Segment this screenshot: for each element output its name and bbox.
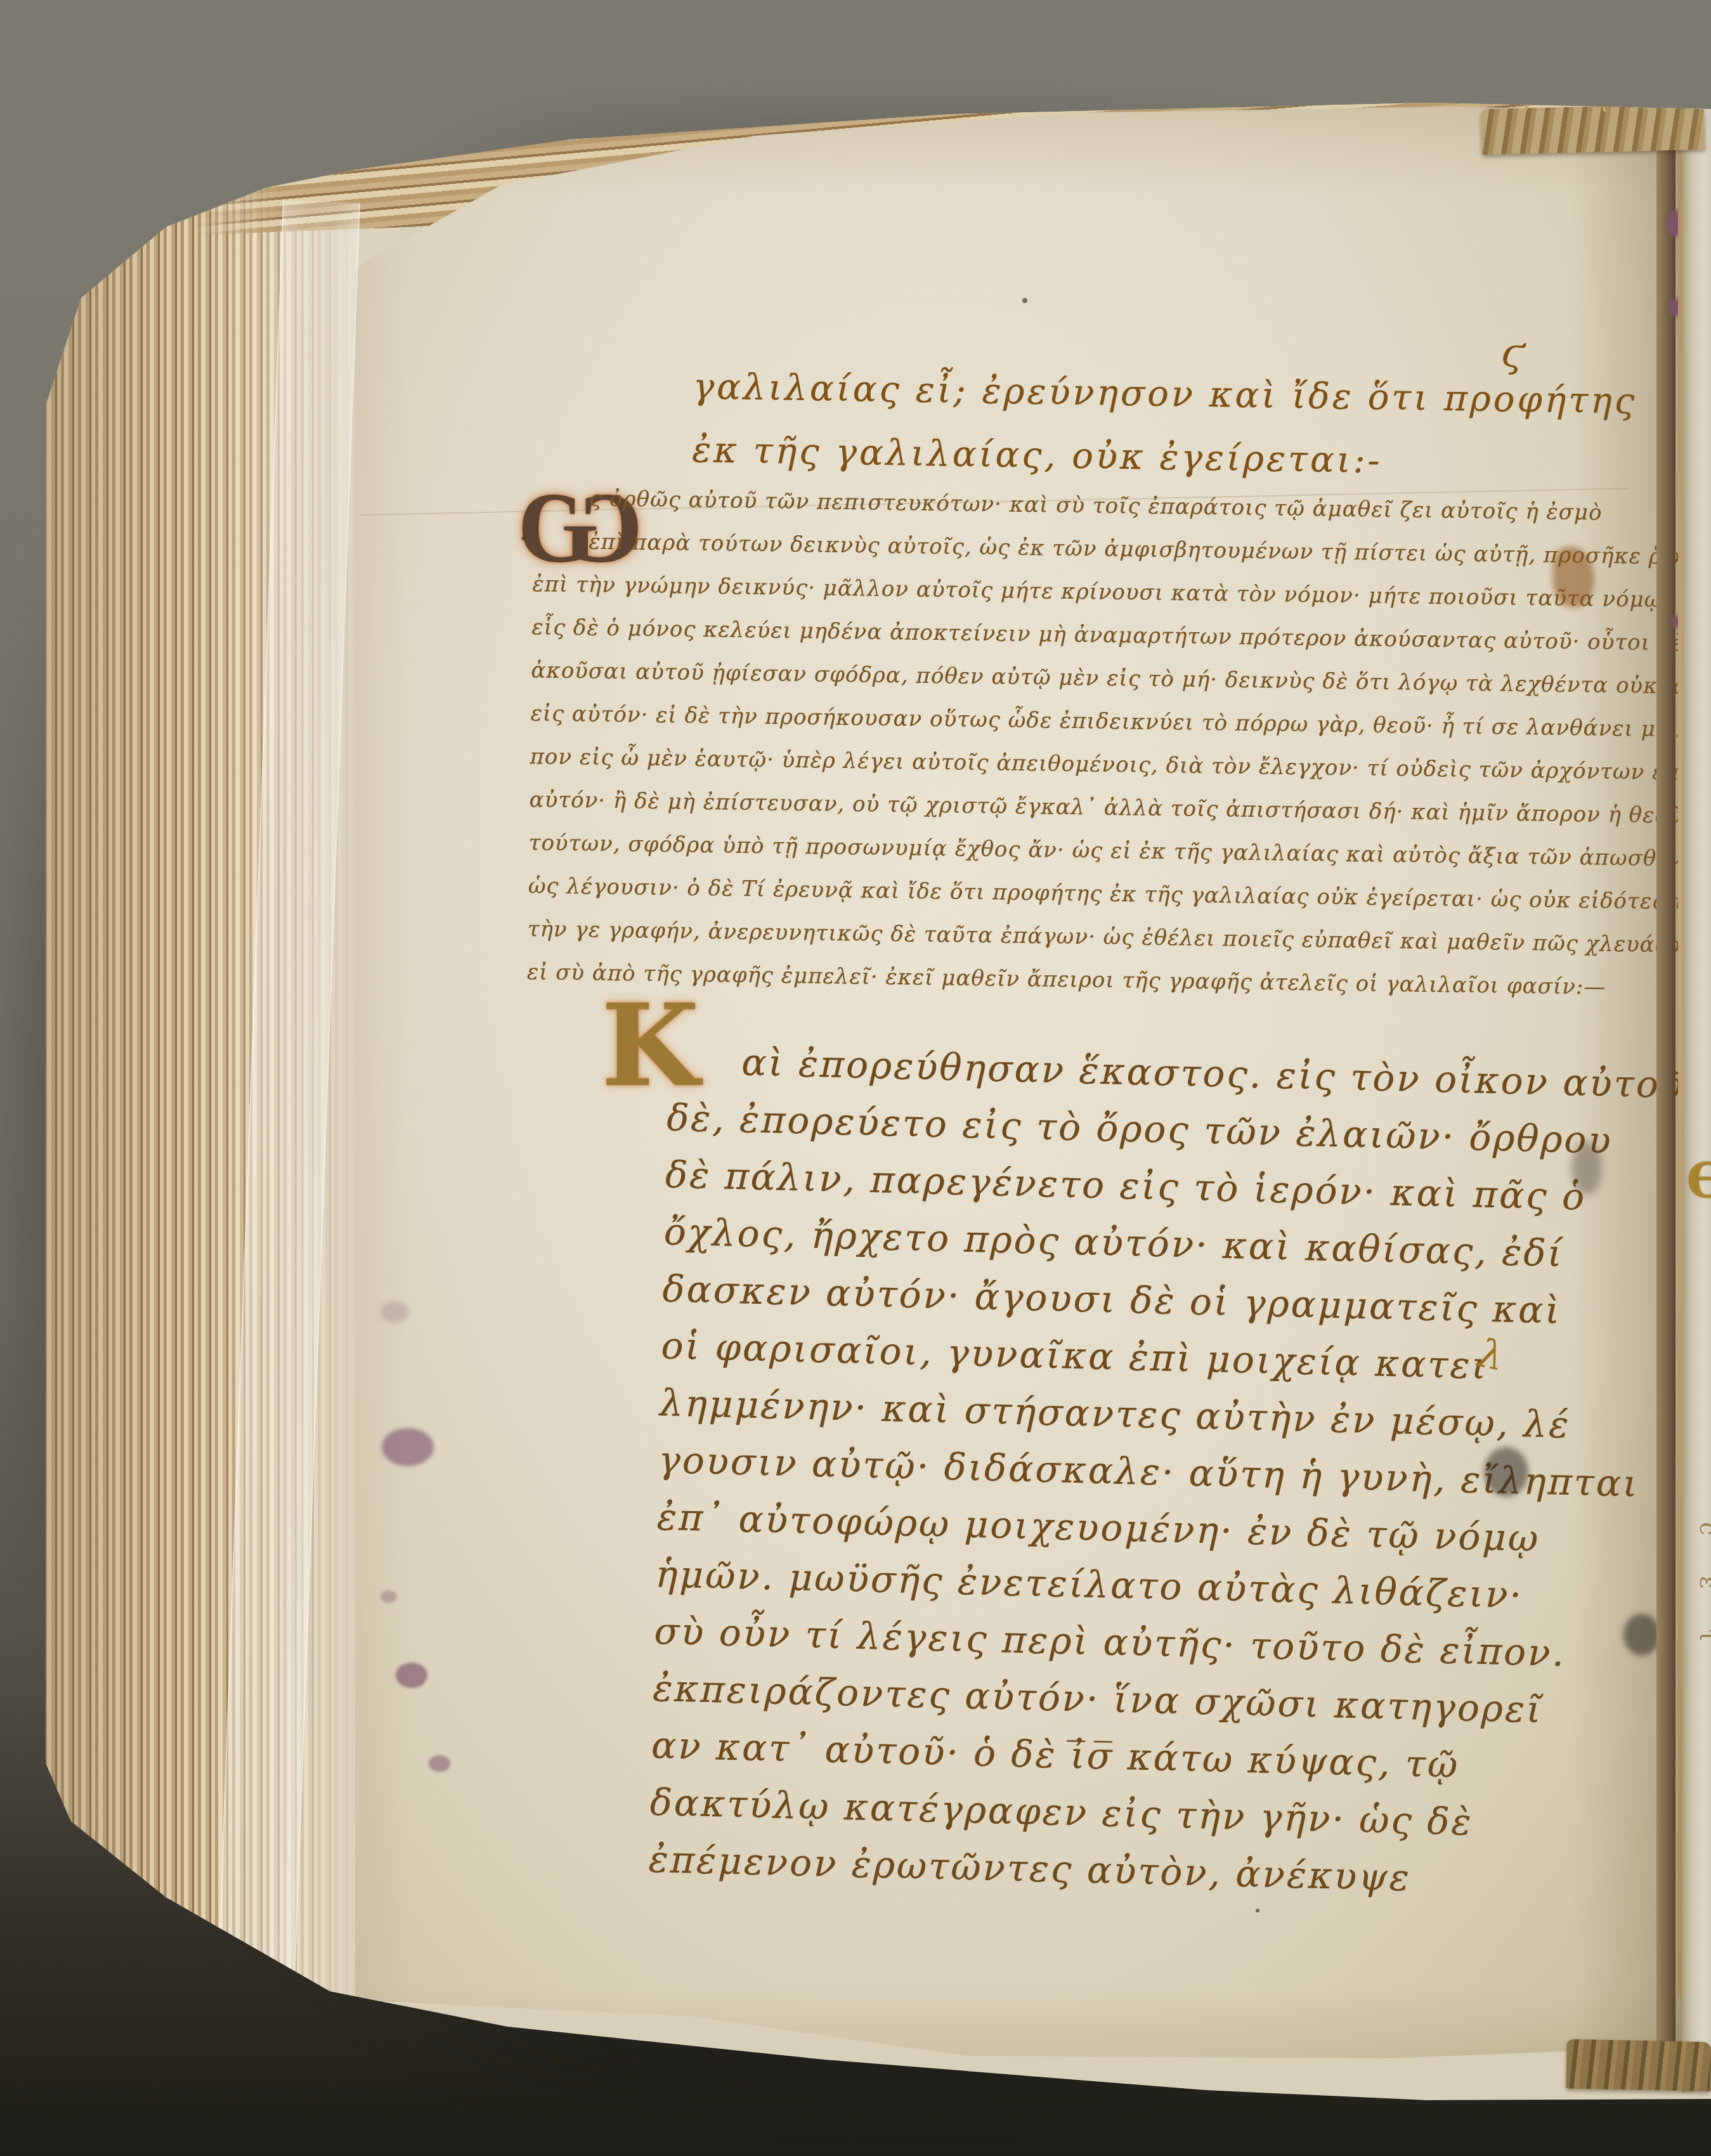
fly-speck — [1344, 888, 1347, 890]
ink-stain — [381, 1590, 397, 1603]
frayed-thread — [1646, 81, 1655, 110]
facing-page-gold-initial: Ѳ — [1687, 1154, 1711, 1209]
ink-stain — [382, 1428, 434, 1466]
ink-stain — [429, 1755, 450, 1772]
codex-book: γαλιλαίας εἶ; ἐρεύνησον καὶ ἴδε ὅτι προφ… — [0, 0, 1711, 2156]
manuscript-photo: γαλιλαίας εἶ; ἐρεύνησον καὶ ἴδε ὅτι προφ… — [0, 0, 1711, 2156]
charcoal-smudge — [1484, 1447, 1528, 1497]
gospel-block: αὶ ἐπορεύθησαν ἕκαστος. εἰς τὸν οἶκον αὐ… — [648, 1032, 1711, 1914]
commentary-block: ς ὀρθῶς αὐτοῦ τῶν πεπιστευκότων· καὶ σὺ … — [526, 476, 1711, 1013]
headband-top — [1481, 104, 1705, 155]
ink-stain — [396, 1663, 427, 1688]
gutter-line — [1656, 120, 1675, 2077]
fly-speck — [1256, 1909, 1259, 1912]
gutter-smudge — [1571, 1141, 1602, 1195]
headband-bottom — [1566, 2039, 1711, 2092]
facing-page-sliver — [1682, 105, 1711, 2093]
fly-speck — [521, 536, 525, 540]
fly-speck — [1022, 298, 1027, 303]
heading-block: γαλιλαίας εἶ; ἐρεύνησον καὶ ἴδε ὅτι προφ… — [692, 355, 1637, 497]
ink-stain — [381, 1301, 408, 1323]
facing-page-letter-traces: ϲ ε τ — [1695, 1522, 1711, 1659]
gutter-smudge — [1623, 1614, 1660, 1656]
